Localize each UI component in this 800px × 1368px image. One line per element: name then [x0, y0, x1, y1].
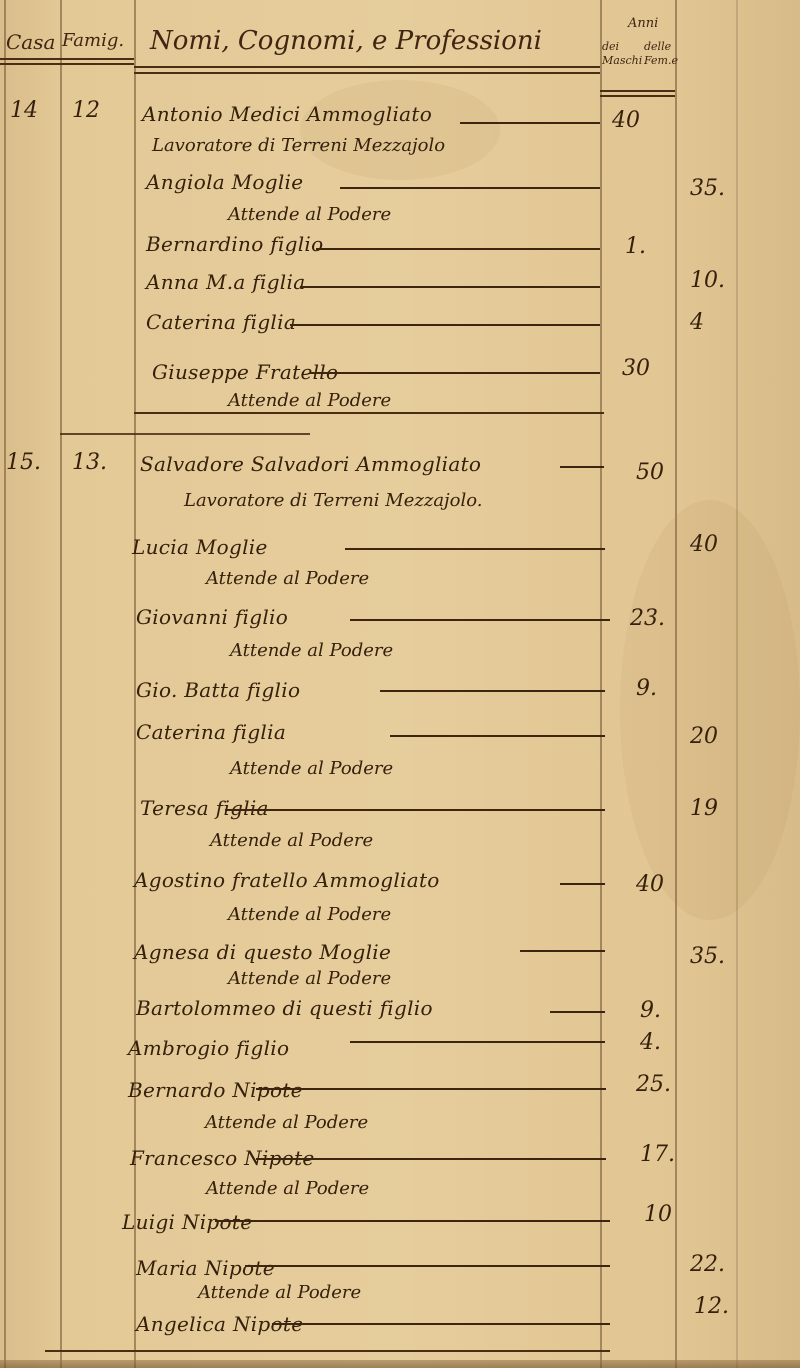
header-rule: [600, 95, 675, 97]
male-age: 1.: [625, 234, 646, 259]
leader-line: [340, 187, 600, 189]
header-rule: [600, 90, 675, 92]
column-rule-female-ages: [736, 0, 738, 1368]
member-name: Bartolommeo di questi figlio: [136, 996, 433, 1020]
member-occupation: Attende al Podere: [206, 1178, 369, 1199]
leader-line: [560, 883, 605, 885]
famiglia-number: 13.: [72, 450, 107, 475]
household-separator: [60, 433, 310, 435]
header-rule: [0, 63, 134, 65]
leader-line: [245, 1265, 610, 1267]
male-age: 40: [636, 872, 664, 897]
leader-line: [316, 248, 600, 250]
member-name: Antonio Medici Ammogliato: [142, 102, 432, 126]
member-occupation: Lavoratore di Terreni Mezzajolo.: [184, 490, 482, 511]
member-occupation: Attende al Podere: [228, 204, 391, 225]
leader-line: [256, 1158, 606, 1160]
leader-line: [350, 1041, 605, 1043]
column-rule-male-ages: [675, 0, 677, 1368]
member-occupation: Attende al Podere: [206, 568, 369, 589]
member-name: Lucia Moglie: [132, 535, 268, 559]
member-occupation: Attende al Podere: [230, 640, 393, 661]
leader-line: [345, 548, 605, 550]
column-rule-names: [600, 0, 602, 1368]
male-age: 30: [622, 356, 650, 381]
male-age: 25.: [636, 1072, 671, 1097]
header-rule: [134, 66, 600, 68]
leader-line: [350, 619, 610, 621]
leader-line: [380, 690, 605, 692]
leader-line: [390, 735, 605, 737]
member-occupation: Attende al Podere: [198, 1282, 361, 1303]
member-name: Caterina figlia: [146, 310, 296, 334]
female-age: 4: [690, 310, 704, 335]
female-age: 35.: [690, 944, 725, 969]
member-occupation: Attende al Podere: [228, 390, 391, 411]
leader-line: [225, 809, 605, 811]
column-rule-casa: [60, 0, 62, 1368]
header-female-ages: delle Fem.e: [644, 40, 704, 68]
household-separator: [134, 412, 604, 414]
header-rule: [134, 72, 600, 74]
page-bottom-rule: [45, 1350, 610, 1352]
leader-line: [215, 1220, 610, 1222]
page-edge: [0, 1360, 800, 1368]
male-age: 9.: [640, 998, 661, 1023]
member-name: Angiola Moglie: [146, 170, 303, 194]
male-age: 4.: [640, 1030, 661, 1055]
member-name: Gio. Batta figlio: [136, 678, 300, 702]
member-name: Agnesa di questo Moglie: [134, 940, 391, 964]
famiglia-number: 12: [72, 98, 100, 123]
member-name: Bernardino figlio: [146, 232, 323, 256]
female-age: 22.: [690, 1252, 725, 1277]
casa-number: 15.: [6, 450, 41, 475]
member-occupation: Attende al Podere: [230, 758, 393, 779]
female-age: 20: [690, 724, 718, 749]
header-rule: [0, 58, 134, 60]
member-name: Maria Nipote: [136, 1256, 275, 1280]
male-age: 40: [612, 108, 640, 133]
member-name: Salvadore Salvadori Ammogliato: [140, 452, 481, 476]
member-occupation: Attende al Podere: [228, 968, 391, 989]
member-name: Ambrogio figlio: [128, 1036, 289, 1060]
member-name: Caterina figlia: [136, 720, 286, 744]
female-age: 40: [690, 532, 718, 557]
leader-line: [460, 122, 600, 124]
leader-line: [520, 950, 605, 952]
member-name: Bernardo Nipote: [128, 1078, 303, 1102]
female-age: 19: [690, 796, 718, 821]
female-age: 35.: [690, 176, 725, 201]
male-age: 17.: [640, 1142, 675, 1167]
leader-line: [310, 372, 600, 374]
leader-line: [290, 324, 600, 326]
member-occupation: Attende al Podere: [205, 1112, 368, 1133]
female-age: 10.: [690, 268, 725, 293]
casa-number: 14: [10, 98, 38, 123]
member-name: Agostino fratello Ammogliato: [134, 868, 440, 892]
leader-line: [550, 1011, 605, 1013]
member-occupation: Attende al Podere: [228, 904, 391, 925]
male-age: 9.: [636, 676, 657, 701]
header-famiglia: Famig.: [62, 30, 124, 51]
header-names-occupations: Nomi, Cognomi, e Professioni: [150, 26, 542, 56]
male-age: 50: [636, 460, 664, 485]
member-name: Luigi Nipote: [122, 1210, 252, 1234]
header-ages: Anni: [628, 16, 658, 31]
paper-stain: [300, 80, 500, 180]
member-name: Giovanni figlio: [136, 605, 288, 629]
leader-line: [300, 286, 600, 288]
paper-stain: [620, 500, 800, 920]
member-occupation: Lavoratore di Terreni Mezzajolo: [152, 135, 445, 156]
male-age: 10: [644, 1202, 672, 1227]
leader-line: [272, 1323, 610, 1325]
leader-line: [560, 466, 604, 468]
female-age: 12.: [694, 1294, 729, 1319]
member-occupation: Attende al Podere: [210, 830, 373, 851]
member-name: Teresa figlia: [140, 796, 269, 820]
leader-line: [256, 1088, 606, 1090]
male-age: 23.: [630, 606, 665, 631]
member-name: Anna M.a figlia: [146, 270, 305, 294]
column-rule-left-margin: [4, 0, 6, 1368]
header-casa: Casa: [6, 30, 55, 54]
